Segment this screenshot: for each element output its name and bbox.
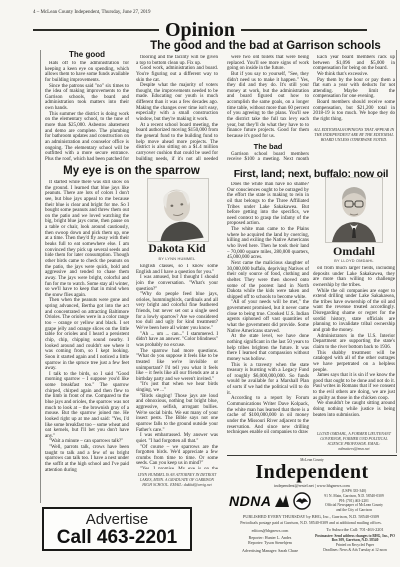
garrison-col3-text: Each year board members rack up between … xyxy=(313,55,395,123)
oil-col-1: Does the white man have no shame? Our co… xyxy=(227,182,309,445)
body-paragraph: This is a travesty when the state treasu… xyxy=(227,363,309,397)
body-paragraph: oil from much larger fields, including d… xyxy=(313,266,395,289)
body-paragraph: Hats off to the administration for keepi… xyxy=(45,61,129,84)
lloyd-omdahl-portrait-art xyxy=(326,178,382,242)
garrison-schools-col-2: were two old toilets that were being rep… xyxy=(227,55,309,162)
body-paragraph: Pay them by the hour or pay them a flat … xyxy=(313,78,395,101)
advertise-label: Advertise xyxy=(86,511,149,528)
body-paragraph: James says that it is sin if we know the… xyxy=(313,373,395,401)
body-paragraph: "Why do people feed blue jays, orioles, … xyxy=(136,292,218,331)
body-paragraph: This summer the district is doing work o… xyxy=(45,112,129,162)
eagle-emblem-icon xyxy=(293,492,311,510)
garrison-col2-part2: Garrison school board members receive $1… xyxy=(227,152,309,162)
masthead-subscribe-block: To Subscribe Call: 701-463-2201 Postmast… xyxy=(313,527,397,552)
body-paragraph: Since the patrons said "no" six times to… xyxy=(45,84,129,112)
body-paragraph: It started while there was still snow on… xyxy=(45,180,129,298)
ndna-logo: NDNA xyxy=(229,493,271,509)
postmaster-line: Postmaster: Send address changes to BHG,… xyxy=(313,534,397,543)
garrison-schools-headline: The good and the bad at Garrison schools xyxy=(136,40,395,52)
body-paragraph: Board members should receive some compen… xyxy=(313,100,395,123)
advertise-house-ad: Advertise Call 463-2201 xyxy=(42,507,192,551)
oil-col-2: oil from much larger fields, including d… xyxy=(313,266,395,426)
body-paragraph: "Well, parrots talk, crows have been tau… xyxy=(45,445,129,473)
advertise-phone: Call 463-2201 xyxy=(57,528,177,547)
body-paragraph: Each year board members rack up between … xyxy=(313,55,395,72)
garrison-schools-col-3: Each year board members rack up between … xyxy=(313,55,395,162)
ndna-flag-icon xyxy=(275,495,289,507)
published-line: PUBLISHED EVERY THURSDAY by BHG, Inc., G… xyxy=(222,514,400,520)
body-paragraph: Despite what the majority of voters thou… xyxy=(136,83,218,122)
body-paragraph: "Of course – we sparrows are the forgott… xyxy=(136,445,218,468)
garrison-col2-part1: were two old toilets that were being rep… xyxy=(227,55,309,140)
staff-reporter-2: Reporter: Tyson Stenehjem xyxy=(230,540,310,545)
body-paragraph: We shouldn't be caught sitting around do… xyxy=(313,401,395,418)
masthead-title: Independent xyxy=(227,462,397,482)
hummel-byline: BY LYNN HUMMEL xyxy=(136,257,218,261)
body-paragraph: I was embarrassed. My answer was quiet. … xyxy=(136,433,218,444)
garrison-schools-col-1: flooring and the facility will be given … xyxy=(136,55,218,162)
good-article-subhead: The good xyxy=(45,50,129,59)
lloyd-omdahl-photo xyxy=(325,177,383,243)
body-paragraph: English classes, so I know some English … xyxy=(136,264,218,275)
dakota-kid-column-name: Dakota Kid xyxy=(136,243,218,255)
sparrow-headline: My eye is on the sparrow xyxy=(45,165,218,177)
body-paragraph: "All of your needs will be met," the gov… xyxy=(227,300,309,334)
body-paragraph: But if you say to yourself, "See, they d… xyxy=(227,72,309,140)
good-article-body: Hats off to the administration for keepi… xyxy=(45,61,129,162)
the-bad-subhead: The bad xyxy=(227,142,309,151)
body-paragraph: I talk to the birds, so I said "Good mor… xyxy=(45,372,129,440)
body-paragraph: "It's just that when we hear birds singi… xyxy=(136,382,218,393)
masthead-contact-line: independent@restel.net | www.bhgnews.com xyxy=(227,483,397,488)
masthead-staff-block: editors@bhgnews.com Reporter: Hunter L. … xyxy=(230,528,310,553)
street-address: 91 N. Main, Garrison, N.D. 58540-0309 xyxy=(312,494,396,499)
body-paragraph: The white man came to the Plains where h… xyxy=(227,227,309,261)
body-paragraph: The sparrow had more questions. "What do… xyxy=(136,349,218,383)
body-paragraph: flooring and the facility will be given … xyxy=(136,55,218,66)
body-paragraph: Garrison school board members receive $1… xyxy=(227,152,309,162)
sparrow-col-1: It started while there was still snow on… xyxy=(45,180,129,501)
body-paragraph: Administrators in the U.S. Interior Depa… xyxy=(313,334,395,351)
page-rule-right xyxy=(396,50,397,453)
body-paragraph: "Ah ... um ... can..." I stammered. I di… xyxy=(136,332,218,349)
body-paragraph: I was amused, but I thought I should joi… xyxy=(136,275,218,292)
body-paragraph: While the oil companies are eager to ext… xyxy=(313,289,395,334)
editor-email: editors@bhgnews.com xyxy=(230,528,310,533)
body-paragraph: At the state level, we have done nothing… xyxy=(227,334,309,362)
page-rule-left xyxy=(40,50,41,503)
deadlines-line: Deadlines: News & Ads Tuesday at 12 noon xyxy=(313,548,397,553)
editorial-board-note: ALL EDITORIALS/OPINIONS THAT APPEAR IN T… xyxy=(313,127,395,143)
section-banner: Opinion xyxy=(33,18,367,42)
lynn-hummel-photo xyxy=(147,178,209,242)
body-paragraph: "Birds singing! Those jays are loud and … xyxy=(136,394,218,433)
lynn-hummel-portrait-art xyxy=(148,179,208,241)
omdahl-credit: LLOYD OMDAHL, A FORMER LIEUTENANT GOVERN… xyxy=(313,432,395,452)
body-paragraph: were two old toilets that were being rep… xyxy=(227,55,309,72)
body-paragraph: Then when the peanuts were gone and spri… xyxy=(45,298,129,371)
body-paragraph: At a recent school board meeting, the bo… xyxy=(136,123,218,162)
body-paragraph: Next came the malicious slaughter of 30,… xyxy=(227,261,309,300)
masthead-rule xyxy=(227,455,397,456)
body-paragraph: Does the white man have no shame? Our co… xyxy=(227,182,309,227)
staff-ad-manager: Advertising Manager: Sarah Chase xyxy=(230,548,310,553)
body-paragraph: Good work, administration and board. You… xyxy=(136,66,218,83)
section-title: Opinion xyxy=(165,19,235,42)
omdahl-column-name: Omdahl xyxy=(313,244,395,259)
body-paragraph: This shabby treatment will be cataloged … xyxy=(313,351,395,374)
official-newspaper-line2: and the City of Garrison xyxy=(312,508,396,513)
masthead-address-block: (USPS 335-340) 91 N. Main, Garrison, N.D… xyxy=(312,489,396,513)
banner-rule-left xyxy=(33,29,159,31)
body-paragraph: "Yes, I promise. My eye is on the sparro… xyxy=(136,467,218,469)
banner-rule-right xyxy=(241,29,367,31)
body-paragraph: According to a report by Forum Communica… xyxy=(227,396,309,435)
masthead-logos: NDNA xyxy=(229,492,311,510)
subscribe-line: To Subscribe Call: 701-463-2201 xyxy=(313,527,397,533)
sparrow-col-2: English classes, so I know some English … xyxy=(136,264,218,469)
periodicals-line: Periodicals postage paid at Garrison, N.… xyxy=(222,520,400,525)
hummel-credit: LYNN HUMMEL IS AN ATTORNEY IN DETROIT LA… xyxy=(136,473,218,488)
omdahl-byline: BY LLOYD OMDAHL xyxy=(313,259,395,263)
page-number-dateline: 4 – McLean County Independent, Thursday,… xyxy=(33,10,150,15)
